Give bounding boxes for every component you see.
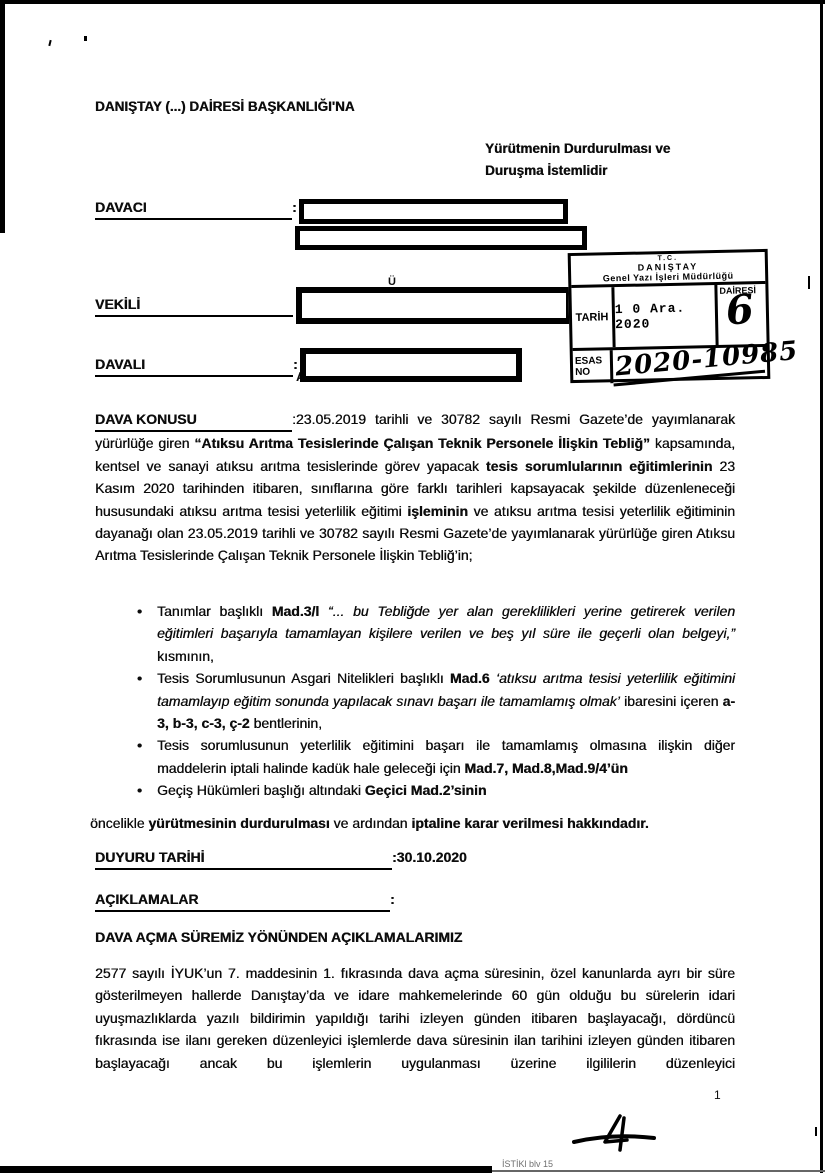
text-segment: ve ardından (330, 815, 412, 831)
text-segment: işleminin (407, 503, 468, 519)
text-segment: kısmının, (157, 648, 214, 664)
text-segment: Tanımlar başlıklı (157, 603, 272, 619)
list-item-text: Geçiş Hükümleri başlığı altındaki Geçici… (157, 782, 486, 798)
case-subject-paragraph: DAVA KONUSU:23.05.2019 tarihli ve 30782 … (95, 408, 735, 567)
motion-note-line2: Duruşma İstemlidir (485, 160, 670, 182)
list-item: Tesis Sorumlusunun Asgari Nitelikleri ba… (95, 667, 735, 734)
stamp-bottom-row: ESAS NO 2020-10985 (573, 347, 768, 384)
scan-border-right (820, 0, 823, 1173)
plaintiff-label: DAVACI (95, 196, 292, 220)
scanned-petition-page: DANIŞTAY (...) DAİRESİ BAŞKANLIĞI'NA Yür… (0, 0, 825, 1173)
motion-note-line1: Yürütmenin Durdurulması ve (485, 138, 670, 160)
text-segment: Mad.6 (450, 670, 490, 686)
defendant-redaction-box (300, 348, 522, 382)
attorney-row: VEKİLİ (95, 293, 293, 317)
stamp-case-no-label-line2: NO (575, 366, 610, 378)
list-item-text: Tesis Sorumlusunun Asgari Nitelikleri ba… (157, 670, 735, 731)
footer-fragment: İSTİKl blv 15 (502, 1159, 553, 1169)
challenged-provisions-list: Tanımlar başlıklı Mad.3/l “... bu Tebliğ… (95, 600, 735, 802)
motion-note: Yürütmenin Durdurulması ve Duruşma İstem… (485, 138, 670, 182)
defendant-label: DAVALI (95, 353, 293, 377)
text-segment: Mad.3/l (272, 603, 319, 619)
text-segment: tesis sorumlularının eğitimlerinin (486, 458, 712, 474)
scan-speck (48, 40, 51, 46)
plaintiff-redaction-box-2 (295, 226, 587, 250)
defendant-row: DAVALI: (95, 353, 298, 377)
text-segment: Geçici Mad.2’sinin (365, 782, 487, 798)
stamp-chamber-number-handwritten: 6 (724, 289, 755, 331)
text-segment: hakkındadır. (567, 815, 649, 831)
stamp-case-no-cell: 2020-10985 (613, 347, 768, 383)
closing-sentence: öncelikle yürütmesinin durdurulması ve a… (90, 812, 740, 834)
court-title: DANIŞTAY (...) DAİRESİ BAŞKANLIĞI'NA (95, 96, 354, 118)
scan-speck (84, 36, 87, 41)
scan-border-bottom (0, 1166, 492, 1173)
list-item-text: Tanımlar başlıklı Mad.3/l “... bu Tebliğ… (157, 603, 735, 664)
page-number: 1 (714, 1088, 721, 1102)
text-segment: Mad.7, Mad.8,Mad.9/4’ün (464, 760, 627, 776)
body-paragraph: 2577 sayılı İYUK’un 7. maddesinin 1. fık… (95, 962, 735, 1074)
case-subject-text: :23.05.2019 tarihli ve 30782 sayılı Resm… (95, 411, 735, 563)
scan-border-bottom-faint (492, 1170, 825, 1172)
stamp-case-no-label-line1: ESAS (575, 355, 610, 367)
stamp-header: T.C. DANIŞTAY Genel Yazı İşleri Müdürlüğ… (571, 252, 766, 288)
list-item: Tanımlar başlıklı Mad.3/l “... bu Tebliğ… (95, 600, 735, 667)
list-item: Tesis sorumlusunun yeterlilik eğitimini … (95, 734, 735, 779)
text-segment: Tesis sorumlusunun yeterlilik eğitimini … (157, 737, 735, 775)
text-segment: yürütmesinin durdurulması (148, 815, 329, 831)
attorney-redaction-box (296, 287, 572, 324)
list-item: Geçiş Hükümleri başlığı altındaki Geçici… (95, 779, 735, 801)
handwritten-strike-mark (570, 1112, 658, 1154)
explanations-label: AÇIKLAMALAR (95, 888, 390, 912)
scan-speck (815, 1127, 817, 1136)
stamp-date-value: 1 0 Ara. 2020 (614, 285, 715, 347)
section-heading: DAVA AÇMA SÜREMİZ YÖNÜNDEN AÇIKLAMALARIM… (95, 926, 462, 948)
announcement-date-row: DUYURU TARİHİ:30.10.2020 (95, 846, 467, 870)
plaintiff-redaction-box-1 (299, 199, 568, 224)
attorney-label: VEKİLİ (95, 293, 293, 317)
stamp-chamber-cell: DAİRESİ 6 (714, 284, 766, 345)
text-segment: iptaline karar verilmesi (411, 815, 563, 831)
explanations-row: AÇIKLAMALAR: (95, 888, 395, 912)
text-segment: ibaresini içeren (620, 693, 723, 709)
scan-border-left (0, 0, 5, 233)
plaintiff-colon: : (292, 199, 297, 215)
announcement-date-label: DUYURU TARİHİ (95, 846, 392, 870)
explanations-colon: : (390, 891, 395, 907)
scan-border-top (0, 0, 825, 4)
stamp-date-label: TARİH (571, 287, 615, 348)
registry-stamp: T.C. DANIŞTAY Genel Yazı İşleri Müdürlüğ… (568, 249, 771, 383)
stamp-case-no-label: ESAS NO (573, 350, 614, 384)
scan-speck (808, 276, 810, 289)
plaintiff-row: DAVACI: (95, 196, 297, 220)
list-item-text: Tesis sorumlusunun yeterlilik eğitimini … (157, 737, 735, 775)
case-subject-label: DAVA KONUSU (95, 408, 292, 432)
text-segment: Tesis Sorumlusunun Asgari Nitelikleri ba… (157, 670, 450, 686)
text-segment: bentlerinin, (250, 715, 322, 731)
text-segment: “Atıksu Arıtma Tesislerinde Çalışan Tekn… (194, 435, 650, 451)
announcement-date-value: :30.10.2020 (392, 849, 467, 865)
text-segment: Geçiş Hükümleri başlığı altındaki (157, 782, 365, 798)
text-segment: öncelikle (90, 815, 148, 831)
